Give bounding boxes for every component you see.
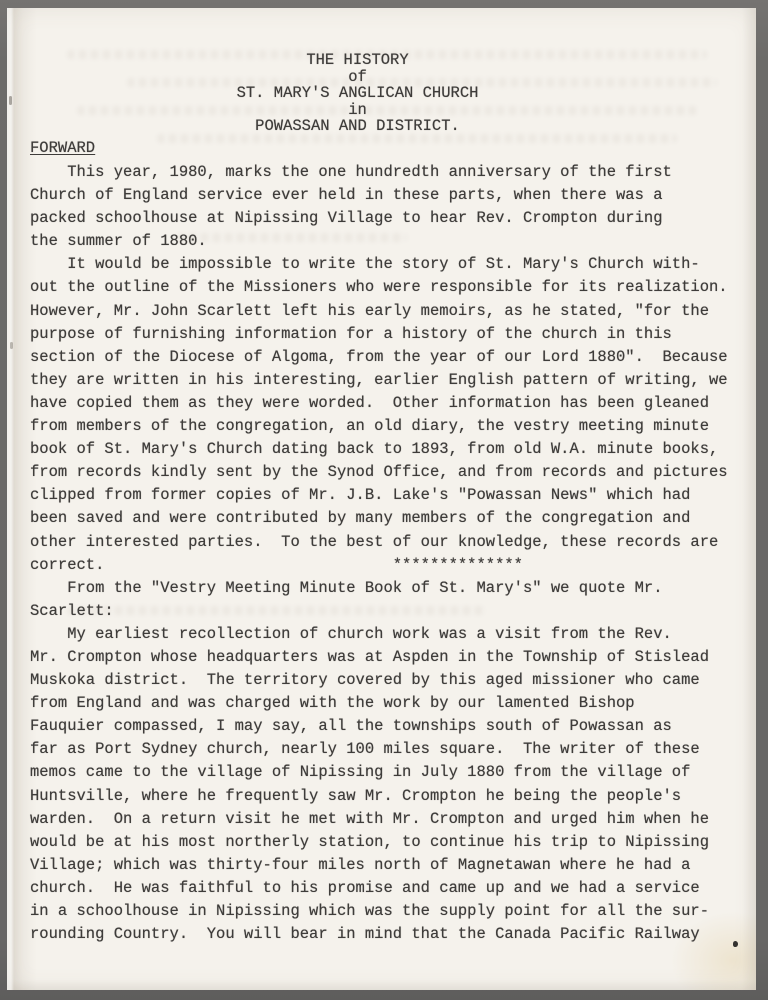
document-title: THE HISTORY of ST. MARY'S ANGLICAN CHURC… <box>30 52 685 135</box>
page-paper: THE HISTORY of ST. MARY'S ANGLICAN CHURC… <box>7 8 756 990</box>
scanned-page-frame: THE HISTORY of ST. MARY'S ANGLICAN CHURC… <box>0 0 768 1000</box>
document-body-text: This year, 1980, marks the one hundredth… <box>30 161 728 946</box>
scan-speck <box>733 941 738 947</box>
scan-speck <box>10 342 13 349</box>
section-heading-forward: FORWARD <box>30 137 95 160</box>
bleed-through-ghost <box>157 134 677 143</box>
scan-speck <box>9 96 12 105</box>
